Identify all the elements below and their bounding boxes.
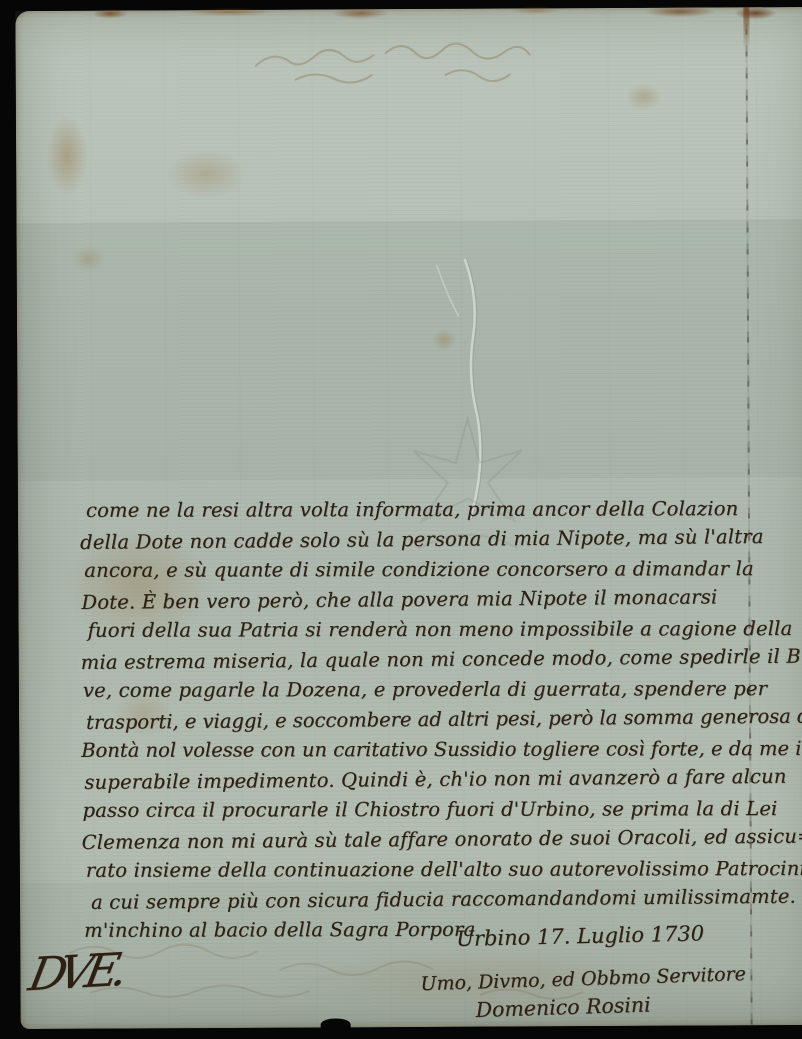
paper-stain <box>432 329 456 351</box>
paper-tonal-band <box>16 219 802 481</box>
ink-showthrough-top <box>235 26 565 98</box>
letter-page: come ne la resi altra volta informata, p… <box>15 7 802 1029</box>
body-line: trasporti, e viaggi, e soccombere ad alt… <box>86 702 757 738</box>
paper-stain <box>626 83 662 111</box>
body-line: mia estrema miseria, la quale non mi con… <box>81 642 757 678</box>
dateline: Urbino 17. Luglio 1730 <box>456 921 704 951</box>
body-line: ancora, e sù quante di simile condizione… <box>84 554 756 586</box>
body-line: a cui sempre più con sicura fiducia racc… <box>91 882 758 918</box>
body-line: ve, come pagarle la Dozena, e provederla… <box>83 674 757 706</box>
signature-name: Domenico Rosini <box>475 993 651 1022</box>
body-line: superabile impedimento. Quindi è, ch'io … <box>84 762 757 798</box>
paper-stain <box>72 246 106 272</box>
burnt-top-edge <box>15 5 802 27</box>
body-line: come ne la resi altra volta informata, p… <box>86 494 756 526</box>
body-line: Dote. È ben vero però, che alla povera m… <box>81 582 756 618</box>
body-line: passo circa il procurarle il Chiostro fu… <box>82 794 757 826</box>
body-line: della Dote non cadde solo sù la persona … <box>80 522 756 558</box>
valediction: Umo, Divmo, ed Obbmo Servitore <box>420 963 746 995</box>
flourish-monogram: DVE. <box>25 942 126 1001</box>
body-line: Bontà nol volesse con un caritativo Suss… <box>81 734 757 766</box>
paper-tonal-band <box>15 7 802 223</box>
paper-stain <box>166 150 246 198</box>
body-line: Clemenza non mi aurà sù tale affare onor… <box>82 822 758 858</box>
scan-background: come ne la resi altra volta informata, p… <box>0 0 802 1039</box>
letter-body: come ne la resi altra volta informata, p… <box>80 493 758 947</box>
bottom-edge-tear <box>321 1018 351 1030</box>
body-line: fuori della sua Patria si renderà non me… <box>88 614 757 646</box>
paper-stain <box>46 116 88 196</box>
paper-crease <box>417 258 538 519</box>
body-line: rato insieme della continuazione dell'al… <box>86 854 758 886</box>
